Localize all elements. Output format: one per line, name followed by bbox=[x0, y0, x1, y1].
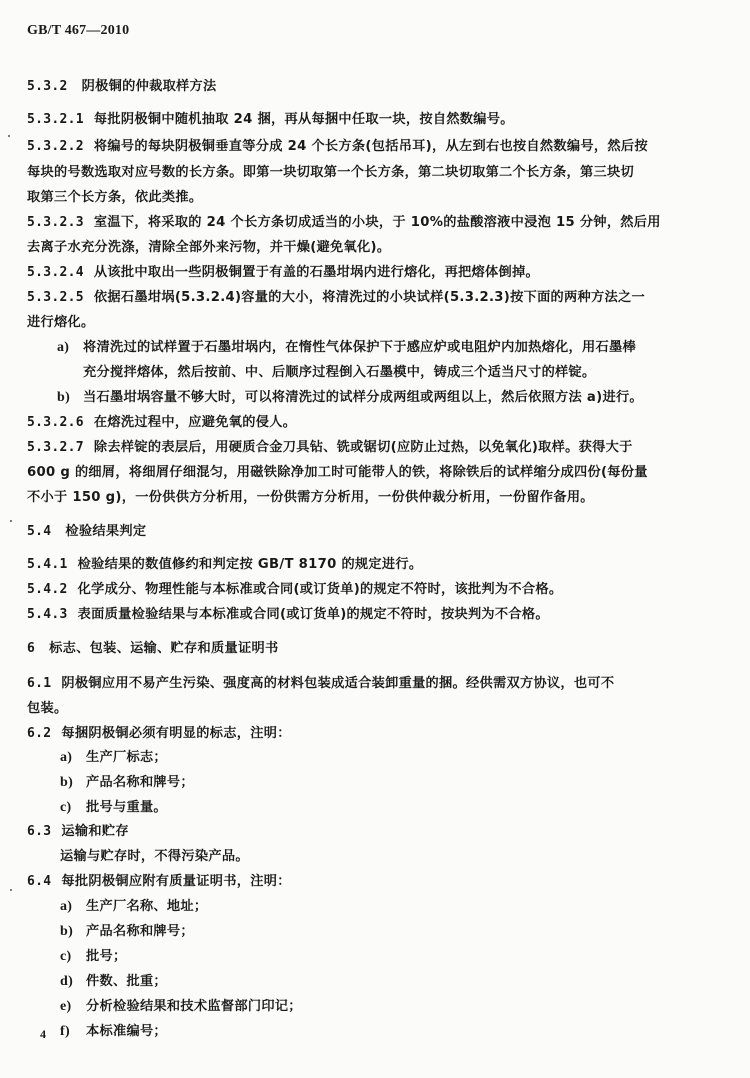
list-label: b) bbox=[60, 775, 86, 791]
list-text: 件数、批重； bbox=[86, 974, 167, 989]
clause-text-line: 去离子水充分洗涤，清除全部外来污物，并干燥(避免氧化)。 bbox=[27, 236, 390, 255]
list-label: f) bbox=[60, 1024, 86, 1040]
list-item-a: a)将清洗过的试样置于石墨坩埚内，在惰性气体保护下于感应炉或电阻炉内加热熔化，用… bbox=[57, 336, 636, 356]
list-item-f: f)本标准编号； bbox=[60, 1020, 167, 1040]
list-label: c) bbox=[60, 800, 86, 816]
clause-number: 5.3.2.3 bbox=[27, 215, 84, 230]
list-text: 本标准编号； bbox=[86, 1024, 167, 1039]
clause-number: 5.3.2.6 bbox=[27, 415, 84, 430]
clause-title: 运输和贮存 bbox=[61, 824, 128, 839]
clause-5-4-2: 5.4.2化学成分、物理性能与本标准或合同(或订货单)的规定不符时，该批判为不合… bbox=[27, 578, 562, 597]
clause-text: 将编号的每块阴极铜垂直等分成 24 个长方条(包括吊耳)，从左到右也按自然数编号… bbox=[94, 139, 648, 154]
clause-text: 依据石墨坩埚(5.3.2.4)容量的大小，将清洗过的小块试样(5.3.2.3)按… bbox=[94, 290, 645, 305]
clause-5-3-2-3: 5.3.2.3室温下，将采取的 24 个长方条切成适当的小块，于 10%的盐酸溶… bbox=[27, 211, 661, 230]
clause-6-3: 6.3运输和贮存 bbox=[27, 820, 129, 839]
list-label: e) bbox=[60, 999, 86, 1015]
section-heading-5-3-2: 5.3.2阴极铜的仲裁取样方法 bbox=[27, 75, 217, 94]
scan-speck bbox=[10, 520, 12, 522]
clause-number: 5.3.2.4 bbox=[27, 265, 84, 280]
clause-number: 5.4.2 bbox=[27, 582, 68, 597]
section-title: 检验结果判定 bbox=[65, 524, 146, 539]
list-text: 产品名称和牌号； bbox=[86, 924, 194, 939]
list-item-b: b)当石墨坩埚容量不够大时，可以将清洗过的试样分成两组或两组以上，然后依照方法 … bbox=[57, 386, 643, 406]
list-text: 产品名称和牌号； bbox=[86, 775, 194, 790]
scan-speck bbox=[8, 135, 10, 137]
list-label: a) bbox=[60, 750, 86, 766]
list-text: 分析检验结果和技术监督部门印记； bbox=[86, 999, 302, 1014]
clause-5-3-2-1: 5.3.2.1每批阴极铜中随机抽取 24 捆，再从每捆中任取一块，按自然数编号。 bbox=[27, 108, 514, 127]
list-text: 当石墨坩埚容量不够大时，可以将清洗过的试样分成两组或两组以上，然后依照方法 a)… bbox=[83, 390, 643, 405]
list-label: a) bbox=[57, 340, 83, 356]
list-item-d: d)件数、批重； bbox=[60, 970, 167, 990]
section-title: 标志、包装、运输、贮存和质量证明书 bbox=[49, 641, 278, 656]
clause-text: 在熔洗过程中，应避免氧的侵人。 bbox=[94, 415, 296, 430]
list-item-e: e)分析检验结果和技术监督部门印记； bbox=[60, 995, 302, 1015]
list-item-b: b)产品名称和牌号； bbox=[60, 920, 194, 940]
list-label: b) bbox=[57, 390, 83, 406]
clause-5-3-2-2: 5.3.2.2将编号的每块阴极铜垂直等分成 24 个长方条(包括吊耳)，从左到右… bbox=[27, 135, 648, 154]
list-text-line: 充分搅拌熔体，然后按前、中、后顺序过程倒入石墨模中，铸成三个适当尺寸的样锭。 bbox=[83, 361, 596, 380]
list-label: a) bbox=[60, 899, 86, 915]
clause-text-line: 每块的号数选取对应号数的长方条。即第一块切取第一个长方条，第二块切取第二个长方条… bbox=[27, 161, 634, 180]
document-page: GB/T 467—2010 5.3.2阴极铜的仲裁取样方法 5.3.2.1每批阴… bbox=[0, 0, 750, 1078]
list-item-b: b)产品名称和牌号； bbox=[60, 771, 194, 791]
list-text: 批号与重量。 bbox=[86, 800, 167, 815]
clause-5-3-2-4: 5.3.2.4从该批中取出一些阴极铜置于有盖的石墨坩埚内进行熔化，再把熔体倒掉。 bbox=[27, 261, 539, 280]
clause-number: 6.2 bbox=[27, 726, 51, 741]
clause-5-4-1: 5.4.1检验结果的数值修约和判定按 GB/T 8170 的规定进行。 bbox=[27, 553, 422, 572]
clause-number: 6.3 bbox=[27, 824, 51, 839]
clause-text: 每批阴极铜中随机抽取 24 捆，再从每捆中任取一块，按自然数编号。 bbox=[94, 112, 514, 127]
clause-text: 化学成分、物理性能与本标准或合同(或订货单)的规定不符时，该批判为不合格。 bbox=[78, 582, 563, 597]
clause-6-2: 6.2每捆阴极铜必须有明显的标志，注明： bbox=[27, 722, 291, 741]
clause-text-line: 600 g 的细屑，将细屑仔细混匀，用磁铁除净加工时可能带人的铁，将除铁后的试样… bbox=[27, 461, 648, 480]
clause-6-4: 6.4每批阴极铜应附有质量证明书，注明： bbox=[27, 870, 291, 889]
clause-text-line: 不小于 150 g)，一份供供方分析用，一份供需方分析用，一份供仲裁分析用，一份… bbox=[27, 486, 594, 505]
list-item-c: c)批号与重量。 bbox=[60, 796, 167, 816]
clause-number: 5.3.2.1 bbox=[27, 112, 84, 127]
list-item-a: a)生产厂名称、地址； bbox=[60, 895, 207, 915]
list-label: c) bbox=[60, 949, 86, 965]
list-text: 生产厂名称、地址； bbox=[86, 899, 207, 914]
clause-number: 6.1 bbox=[27, 676, 51, 691]
scan-speck bbox=[10, 889, 12, 891]
section-title: 阴极铜的仲裁取样方法 bbox=[82, 79, 217, 94]
clause-5-3-2-5: 5.3.2.5依据石墨坩埚(5.3.2.4)容量的大小，将清洗过的小块试样(5.… bbox=[27, 286, 645, 305]
clause-text: 阴极铜应用不易产生污染、强度高的材料包装成适合装卸重量的捆。经供需双方协议，也可… bbox=[61, 676, 614, 691]
list-label: b) bbox=[60, 924, 86, 940]
clause-text-line: 运输与贮存时，不得污染产品。 bbox=[60, 845, 249, 864]
clause-text: 从该批中取出一些阴极铜置于有盖的石墨坩埚内进行熔化，再把熔体倒掉。 bbox=[94, 265, 539, 280]
list-item-a: a)生产厂标志； bbox=[60, 746, 167, 766]
clause-text: 室温下，将采取的 24 个长方条切成适当的小块，于 10%的盐酸溶液中浸泡 15… bbox=[94, 215, 661, 230]
section-number: 5.3.2 bbox=[27, 79, 68, 94]
clause-text-line: 取第三个长方条，依此类推。 bbox=[27, 186, 202, 205]
section-number: 6 bbox=[27, 641, 35, 656]
page-number: 4 bbox=[40, 1027, 46, 1042]
list-text: 将清洗过的试样置于石墨坩埚内，在惰性气体保护下于感应炉或电阻炉内加热熔化，用石墨… bbox=[83, 340, 636, 355]
clause-text: 除去样锭的表层后，用硬质合金刀具钻、铣或锯切(应防止过热，以免氧化)取样。获得大… bbox=[94, 440, 633, 455]
clause-number: 5.4.1 bbox=[27, 557, 68, 572]
clause-text: 每批阴极铜应附有质量证明书，注明： bbox=[61, 874, 290, 889]
clause-6-1: 6.1阴极铜应用不易产生污染、强度高的材料包装成适合装卸重量的捆。经供需双方协议… bbox=[27, 672, 614, 691]
list-label: d) bbox=[60, 974, 86, 990]
list-text: 批号； bbox=[86, 949, 126, 964]
section-number: 5.4 bbox=[27, 524, 51, 539]
clause-text: 每捆阴极铜必须有明显的标志，注明： bbox=[61, 726, 290, 741]
clause-text-line: 包装。 bbox=[27, 697, 67, 716]
clause-number: 5.3.2.2 bbox=[27, 139, 84, 154]
clause-number: 5.3.2.7 bbox=[27, 440, 84, 455]
clause-number: 6.4 bbox=[27, 874, 51, 889]
clause-text: 表面质量检验结果与本标准或合同(或订货单)的规定不符时，按块判为不合格。 bbox=[78, 607, 549, 622]
clause-number: 5.4.3 bbox=[27, 607, 68, 622]
standard-id-header: GB/T 467—2010 bbox=[27, 23, 129, 39]
clause-number: 5.3.2.5 bbox=[27, 290, 84, 305]
clause-text: 检验结果的数值修约和判定按 GB/T 8170 的规定进行。 bbox=[78, 557, 423, 572]
clause-text-line: 进行熔化。 bbox=[27, 311, 94, 330]
list-text: 生产厂标志； bbox=[86, 750, 167, 765]
section-heading-6: 6标志、包装、运输、贮存和质量证明书 bbox=[27, 637, 278, 656]
list-item-c: c)批号； bbox=[60, 945, 126, 965]
clause-5-3-2-6: 5.3.2.6在熔洗过程中，应避免氧的侵人。 bbox=[27, 411, 296, 430]
clause-5-3-2-7: 5.3.2.7除去样锭的表层后，用硬质合金刀具钻、铣或锯切(应防止过热，以免氧化… bbox=[27, 436, 633, 455]
clause-5-4-3: 5.4.3表面质量检验结果与本标准或合同(或订货单)的规定不符时，按块判为不合格… bbox=[27, 603, 549, 622]
section-heading-5-4: 5.4检验结果判定 bbox=[27, 520, 146, 539]
